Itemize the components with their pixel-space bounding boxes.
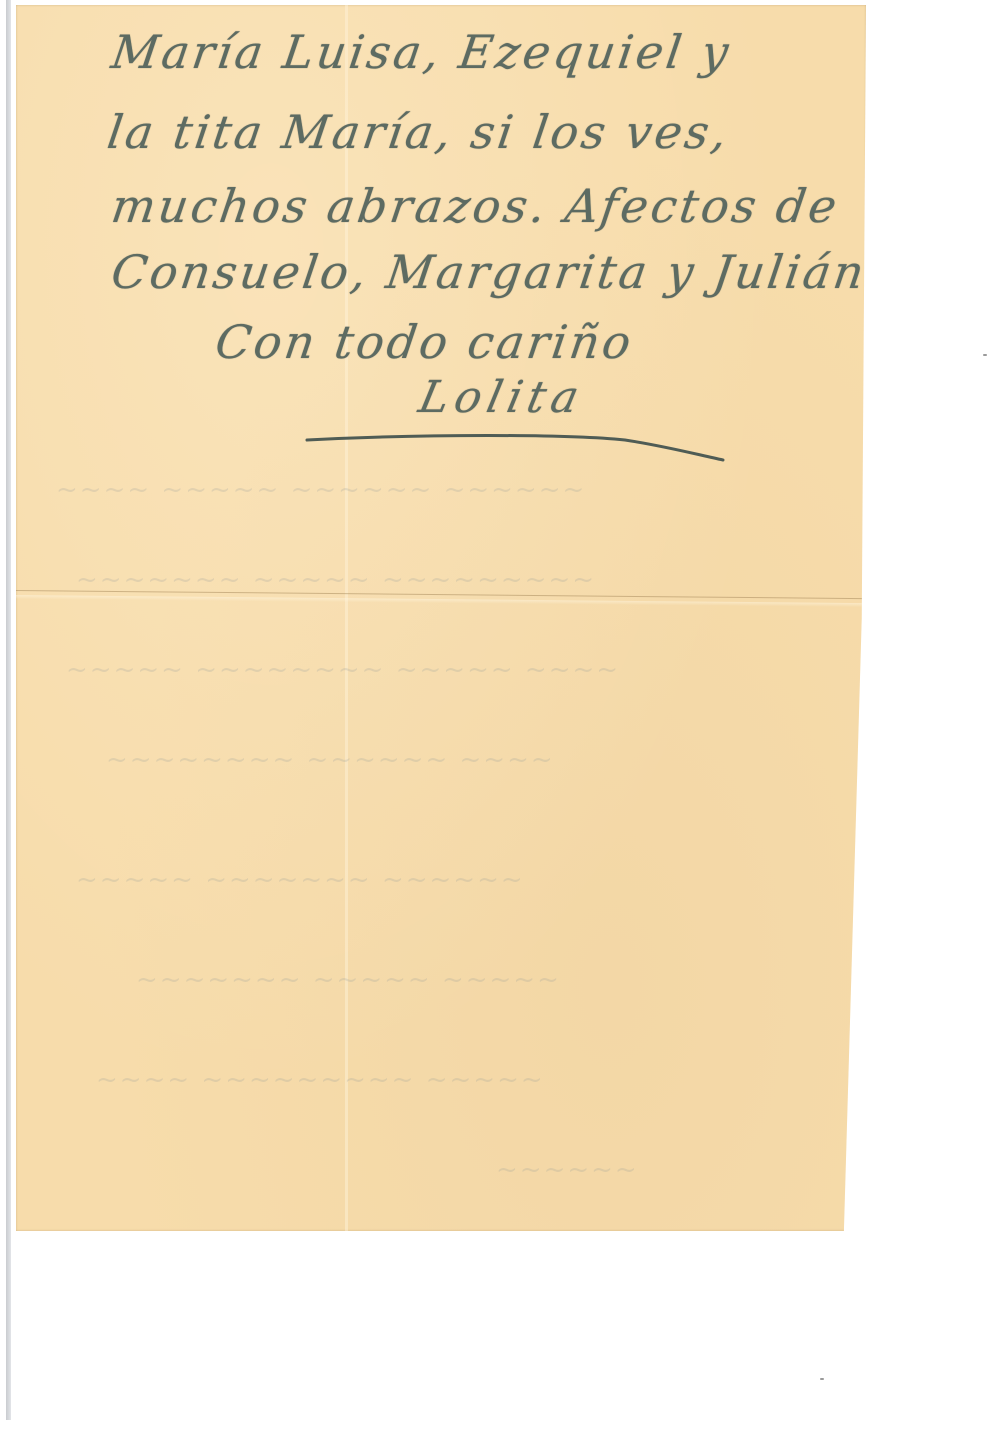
bleed-through-text: ~~~~ ~~~~~~~~~ ~~~~~ bbox=[96, 1065, 545, 1095]
bleed-through-text: ~~~~~~~ ~~~~~ ~~~~~ bbox=[136, 965, 561, 995]
signature-underline bbox=[305, 432, 725, 462]
letter-line-3: muchos abrazos. Afectos de bbox=[108, 179, 843, 233]
letter-paper: ~~~~ ~~~~~ ~~~~~~ ~~~~~~ ~~~~~~~ ~~~~~ ~… bbox=[16, 5, 866, 1231]
letter-line-2: la tita María, si los ves, bbox=[104, 105, 733, 159]
closing-line: Con todo cariño bbox=[212, 315, 637, 369]
letter-line-1: María Luisa, Ezequiel y bbox=[108, 25, 734, 79]
signature: Lolita bbox=[415, 372, 590, 423]
bleed-through-text: ~~~~~ ~~~~~~~~ ~~~~~ ~~~~ bbox=[66, 655, 620, 685]
bleed-through-text: ~~~~~~~ ~~~~~ ~~~~~~~~~ bbox=[76, 565, 596, 595]
bleed-through-text: ~~~~~ ~~~~~~~ ~~~~~~ bbox=[76, 865, 525, 895]
scan-speck bbox=[820, 1378, 824, 1380]
scan-speck bbox=[983, 354, 987, 356]
bleed-through-text: ~~~~~~ bbox=[496, 1155, 639, 1185]
letter-line-4: Consuelo, Margarita y Julián. bbox=[108, 245, 888, 299]
bleed-through-text: ~~~~~~~~ ~~~~~~ ~~~~ bbox=[106, 745, 555, 775]
scanner-edge-strip bbox=[6, 0, 11, 1420]
bleed-through-text: ~~~~ ~~~~~ ~~~~~~ ~~~~~~ bbox=[56, 475, 586, 505]
